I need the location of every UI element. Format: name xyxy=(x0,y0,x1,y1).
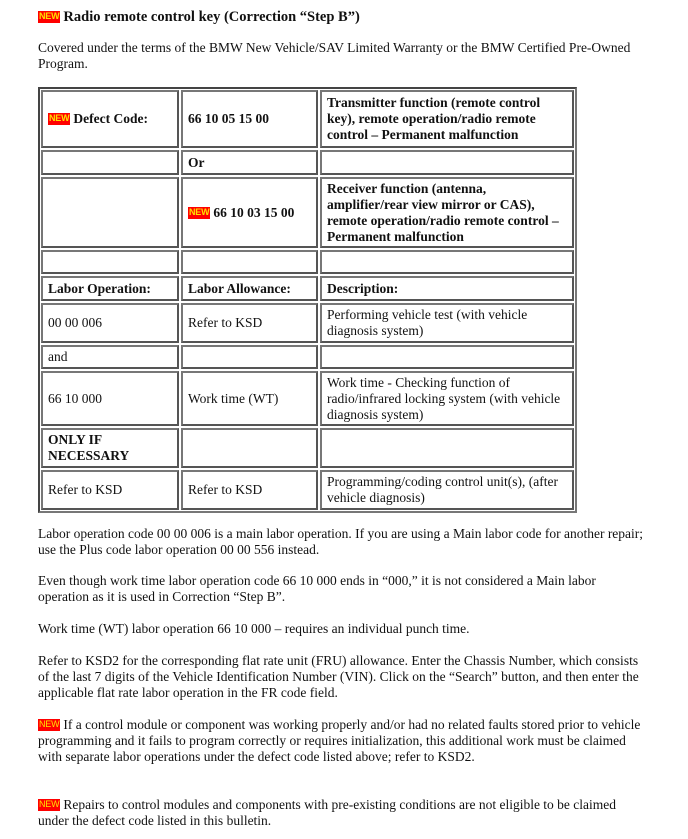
labor-operation: ONLY IF NECESSARY xyxy=(41,428,179,468)
new-badge-icon: NEW xyxy=(188,207,210,219)
table-row: Or xyxy=(41,150,574,175)
labor-operation: 00 00 006 xyxy=(41,303,179,343)
table-row: 00 00 006 Refer to KSD Performing vehicl… xyxy=(41,303,574,343)
heading-text: Radio remote control key (Correction “St… xyxy=(63,9,359,25)
table-header-row: Labor Operation: Labor Allowance: Descri… xyxy=(41,276,574,301)
new-badge-icon: NEW xyxy=(38,719,60,731)
defect-code-2-cell: NEW66 10 03 15 00 xyxy=(181,177,318,248)
defect-code-label: Defect Code: xyxy=(73,111,148,127)
labor-allowance: Refer to KSD xyxy=(181,303,318,343)
header-labor-operation: Labor Operation: xyxy=(41,276,179,301)
paragraph-text: Repairs to control modules and component… xyxy=(38,797,616,828)
table-row: NEW66 10 03 15 00 Receiver function (ant… xyxy=(41,177,574,248)
labor-description: Performing vehicle test (with vehicle di… xyxy=(320,303,574,343)
labor-allowance: Refer to KSD xyxy=(181,470,318,510)
defect-desc-1: Transmitter function (remote control key… xyxy=(320,90,574,148)
empty-cell xyxy=(41,177,179,248)
paragraph-programming-note: NEWIf a control module or component was … xyxy=(38,717,648,765)
paragraph-ksd2: Refer to KSD2 for the corresponding flat… xyxy=(38,653,648,701)
labor-operation: 66 10 000 xyxy=(41,371,179,426)
section-heading: NEWRadio remote control key (Correction … xyxy=(38,8,360,26)
paragraph-punch-time: Work time (WT) labor operation 66 10 000… xyxy=(38,621,648,637)
labor-description: Programming/coding control unit(s), (aft… xyxy=(320,470,574,510)
paragraph-pre-existing: NEWRepairs to control modules and compon… xyxy=(38,797,648,829)
header-labor-allowance: Labor Allowance: xyxy=(181,276,318,301)
table-row: Refer to KSD Refer to KSD Programming/co… xyxy=(41,470,574,510)
new-badge-icon: NEW xyxy=(48,113,70,125)
table-row: ONLY IF NECESSARY xyxy=(41,428,574,468)
labor-allowance xyxy=(181,345,318,369)
paragraph-main-labor: Labor operation code 00 00 006 is a main… xyxy=(38,526,648,558)
paragraph-work-time-not-main: Even though work time labor operation co… xyxy=(38,573,648,605)
table-row: 66 10 000 Work time (WT) Work time - Che… xyxy=(41,371,574,426)
defect-code-1: 66 10 05 15 00 xyxy=(181,90,318,148)
new-badge-icon: NEW xyxy=(38,11,60,23)
table-row: NEWDefect Code: 66 10 05 15 00 Transmitt… xyxy=(41,90,574,148)
empty-cell xyxy=(181,250,318,274)
table-row: and xyxy=(41,345,574,369)
defect-code-table: NEWDefect Code: 66 10 05 15 00 Transmitt… xyxy=(38,87,577,513)
labor-description xyxy=(320,345,574,369)
new-badge-icon: NEW xyxy=(38,799,60,811)
table-row xyxy=(41,250,574,274)
defect-desc-2: Receiver function (antenna, amplifier/re… xyxy=(320,177,574,248)
labor-operation: and xyxy=(41,345,179,369)
defect-code-2: 66 10 03 15 00 xyxy=(213,205,294,221)
empty-cell xyxy=(41,250,179,274)
labor-operation: Refer to KSD xyxy=(41,470,179,510)
warranty-intro: Covered under the terms of the BMW New V… xyxy=(38,40,638,72)
labor-allowance xyxy=(181,428,318,468)
empty-cell xyxy=(41,150,179,175)
labor-allowance: Work time (WT) xyxy=(181,371,318,426)
labor-description: Work time - Checking function of radio/i… xyxy=(320,371,574,426)
or-label: Or xyxy=(181,150,318,175)
header-description: Description: xyxy=(320,276,574,301)
labor-description xyxy=(320,428,574,468)
empty-cell xyxy=(320,150,574,175)
empty-cell xyxy=(320,250,574,274)
paragraph-text: If a control module or component was wor… xyxy=(38,717,640,764)
defect-code-label-cell: NEWDefect Code: xyxy=(41,90,179,148)
